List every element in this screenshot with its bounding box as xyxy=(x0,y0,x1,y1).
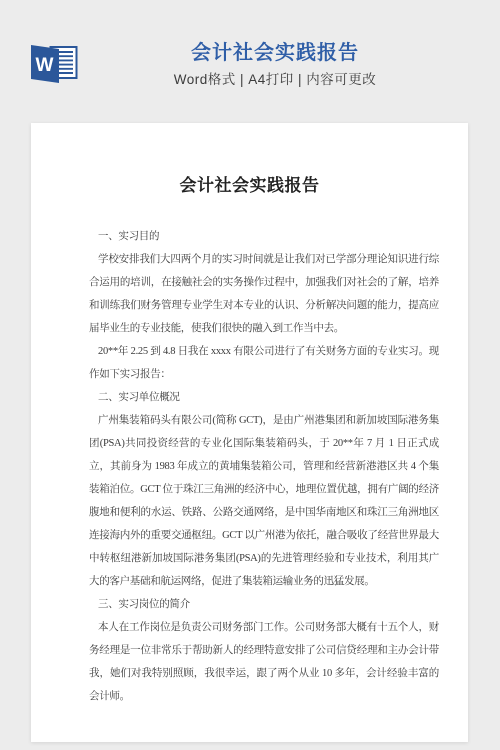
template-subtitle: Word格式 | A4打印 | 内容可更改 xyxy=(50,72,500,87)
body-paragraph: 本人在工作岗位是负责公司财务部门工作。公司财务部大概有十五个人，财务经理是一位非… xyxy=(89,616,439,708)
template-title: 会计社会实践报告 xyxy=(50,42,500,64)
word-icon: W xyxy=(31,42,79,84)
section-heading: 三、实习岗位的简介 xyxy=(89,593,439,616)
document-page-preview: 会计社会实践报告 一、实习目的学校安排我们大四两个月的实习时间就是让我们对已学部… xyxy=(31,123,468,742)
body-paragraph: 广州集装箱码头有限公司(简称 GCT)，是由广州港集团和新加坡国际港务集团(PS… xyxy=(89,409,439,593)
section-heading: 二、实习单位概况 xyxy=(89,386,439,409)
document-title: 会计社会实践报告 xyxy=(31,123,468,198)
body-paragraph: 20**年 2.25 到 4.8 日我在 xxxx 有限公司进行了有关财务方面的… xyxy=(89,340,439,386)
body-paragraph: 学校安排我们大四两个月的实习时间就是让我们对已学部分理论知识进行综合运用的培训，… xyxy=(89,248,439,340)
section-heading: 一、实习目的 xyxy=(89,225,439,248)
template-header: W 会计社会实践报告 Word格式 | A4打印 | 内容可更改 xyxy=(0,0,500,123)
svg-text:W: W xyxy=(36,55,54,76)
document-body: 一、实习目的学校安排我们大四两个月的实习时间就是让我们对已学部分理论知识进行综合… xyxy=(31,225,468,708)
